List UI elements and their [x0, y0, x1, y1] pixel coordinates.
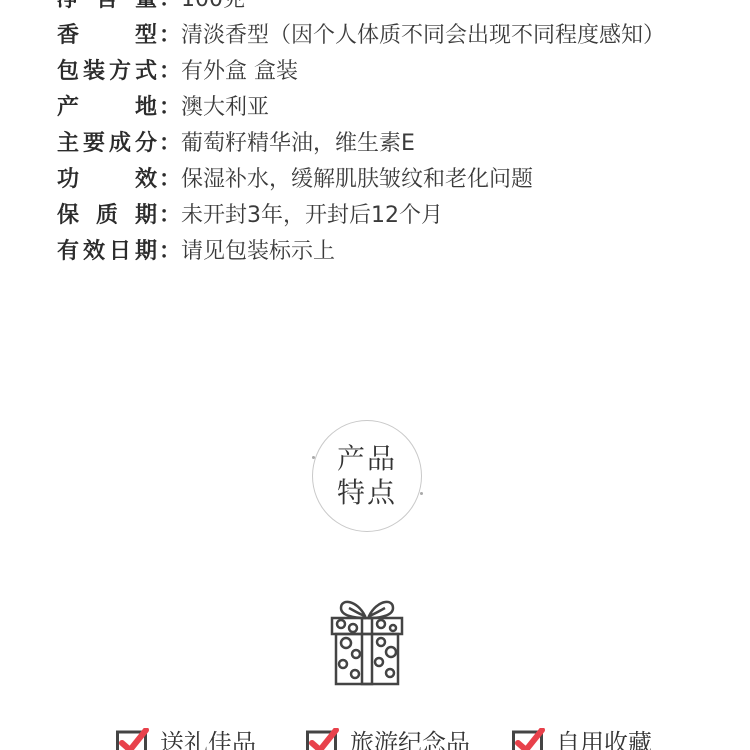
decorative-dot	[312, 456, 315, 459]
spec-value: 保湿补水，缓解肌肤皱纹和老化问题	[181, 162, 533, 198]
spec-value: 100克	[181, 0, 245, 18]
spec-label: 主 要 成 分：	[57, 126, 181, 162]
product-spec-list: 净 含 量： 100克 香 型： 清淡香型（因个人体质不同会出现不同程度感知） …	[57, 0, 665, 270]
spec-value: 葡萄籽精华油，维生素E	[181, 126, 415, 162]
usage-item-souvenir: 旅游纪念品	[306, 728, 470, 750]
section-badge-product-features: 产品 特点	[312, 420, 422, 532]
label-char: 型	[135, 23, 157, 48]
spec-label: 产 地：	[57, 90, 181, 126]
badge-line-2: 特点	[337, 476, 397, 510]
label-char: 量	[135, 0, 157, 12]
label-char: 期	[135, 203, 157, 228]
label-char: 净	[57, 0, 79, 18]
colon: ：	[159, 59, 181, 84]
colon: ：	[159, 131, 181, 156]
label-char: 方	[109, 54, 131, 90]
label-char: 包	[57, 54, 79, 90]
colon: ：	[159, 95, 181, 120]
label-char: 主	[57, 126, 79, 162]
spec-row-efficacy: 功 效： 保湿补水，缓解肌肤皱纹和老化问题	[57, 162, 665, 198]
label-char: 保	[57, 198, 79, 234]
colon: ：	[159, 0, 181, 12]
colon: ：	[159, 203, 181, 228]
spec-label: 包 装 方 式：	[57, 54, 181, 90]
spec-label: 有 效 日 期：	[57, 234, 181, 270]
usage-label: 自用收藏	[556, 728, 652, 750]
spec-row-fragrance: 香 型： 清淡香型（因个人体质不同会出现不同程度感知）	[57, 18, 665, 54]
spec-value: 清淡香型（因个人体质不同会出现不同程度感知）	[181, 18, 665, 54]
label-char: 香	[57, 18, 79, 54]
spec-value: 有外盒 盒装	[181, 54, 298, 90]
label-char: 分	[135, 131, 157, 156]
label-char: 质	[96, 198, 118, 234]
label-char: 含	[96, 0, 118, 18]
label-char: 要	[83, 126, 105, 162]
colon: ：	[159, 239, 181, 264]
spec-row-shelf-life: 保 质 期： 未开封3年，开封后12个月	[57, 198, 665, 234]
decorative-dot	[420, 492, 423, 495]
spec-row-net-content: 净 含 量： 100克	[57, 0, 665, 18]
usage-item-personal: 自用收藏	[512, 728, 652, 750]
label-char: 成	[109, 126, 131, 162]
label-char: 效	[83, 234, 105, 270]
spec-value: 未开封3年，开封后12个月	[181, 198, 443, 234]
label-char: 装	[83, 54, 105, 90]
colon: ：	[159, 167, 181, 192]
label-char: 功	[57, 162, 79, 198]
badge-line-1: 产品	[337, 442, 397, 476]
spec-row-packaging: 包 装 方 式： 有外盒 盒装	[57, 54, 665, 90]
spec-row-origin: 产 地： 澳大利亚	[57, 90, 665, 126]
gift-icon	[329, 596, 405, 686]
checkbox-checked-icon	[116, 728, 150, 750]
usage-label: 旅游纪念品	[350, 728, 470, 750]
spec-label: 功 效：	[57, 162, 181, 198]
usage-occasions: 送礼佳品 旅游纪念品 自用收藏	[0, 728, 750, 750]
spec-value: 请见包装标示上	[181, 234, 335, 270]
label-char: 日	[109, 234, 131, 270]
checkbox-checked-icon	[512, 728, 546, 750]
usage-label: 送礼佳品	[160, 728, 256, 750]
spec-label: 净 含 量：	[57, 0, 181, 18]
spec-row-expiry: 有 效 日 期： 请见包装标示上	[57, 234, 665, 270]
colon: ：	[159, 23, 181, 48]
label-char: 效	[135, 167, 157, 192]
spec-label: 香 型：	[57, 18, 181, 54]
usage-item-gift: 送礼佳品	[116, 728, 256, 750]
spec-value: 澳大利亚	[181, 90, 269, 126]
label-char: 式	[135, 59, 157, 84]
checkbox-checked-icon	[306, 728, 340, 750]
label-char: 有	[57, 234, 79, 270]
label-char: 地	[135, 95, 157, 120]
spec-label: 保 质 期：	[57, 198, 181, 234]
label-char: 期	[135, 239, 157, 264]
label-char: 产	[57, 90, 79, 126]
spec-row-ingredients: 主 要 成 分： 葡萄籽精华油，维生素E	[57, 126, 665, 162]
